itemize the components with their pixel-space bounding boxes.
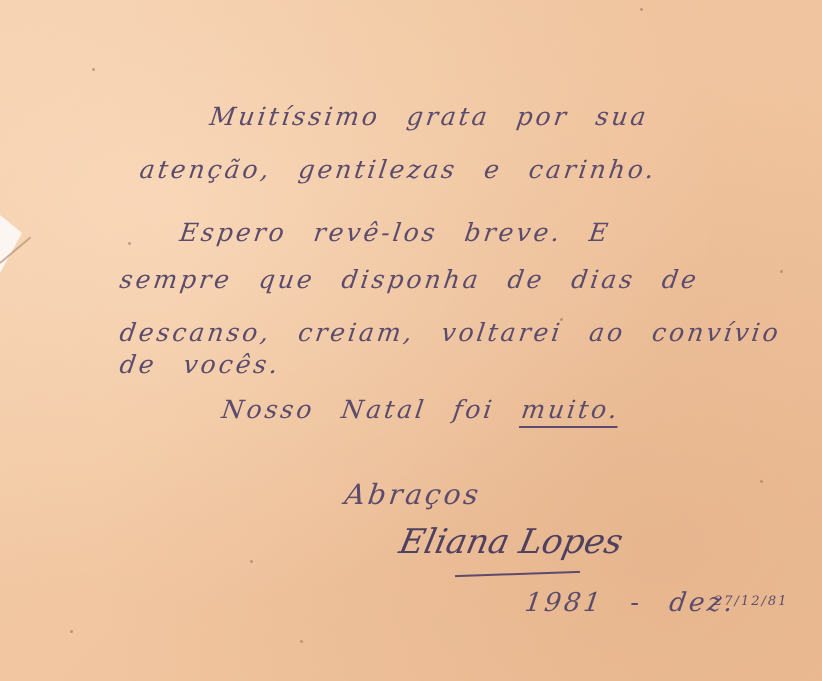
letter-line-3: Espero revê-los breve. E	[178, 218, 613, 247]
paper-speck	[760, 480, 763, 483]
underlined-word: muito.	[519, 395, 621, 424]
signature-underline	[455, 571, 580, 577]
letter-line-7-text: Nosso Natal foi	[220, 395, 524, 424]
paper-speck	[780, 270, 783, 273]
paper-speck	[70, 630, 73, 633]
paper-speck	[250, 560, 253, 563]
paper-speck	[300, 640, 303, 643]
letter-line-4: sempre que disponha de dias de	[118, 265, 701, 294]
paper-speck	[92, 68, 95, 71]
date-annotation: 27/12/81	[714, 594, 788, 609]
letter-line-5: descanso, creiam, voltarei ao convívio	[118, 318, 783, 347]
letter-line-7: Nosso Natal foi muito.	[220, 395, 622, 424]
paper-speck	[640, 8, 643, 11]
letter-line-6: de vocês.	[118, 350, 283, 379]
letter-paper: Muitíssimo grata por sua atenção, gentil…	[0, 0, 822, 681]
letter-line-1: Muitíssimo grata por sua	[208, 102, 651, 131]
closing: Abraços	[343, 478, 484, 511]
letter-line-2: atenção, gentilezas e carinho.	[138, 155, 659, 184]
paper-speck	[128, 242, 131, 245]
date-handwritten: 1981 - dez.	[523, 588, 738, 618]
signature: Eliana Lopes	[396, 522, 627, 562]
torn-corner	[0, 215, 22, 273]
